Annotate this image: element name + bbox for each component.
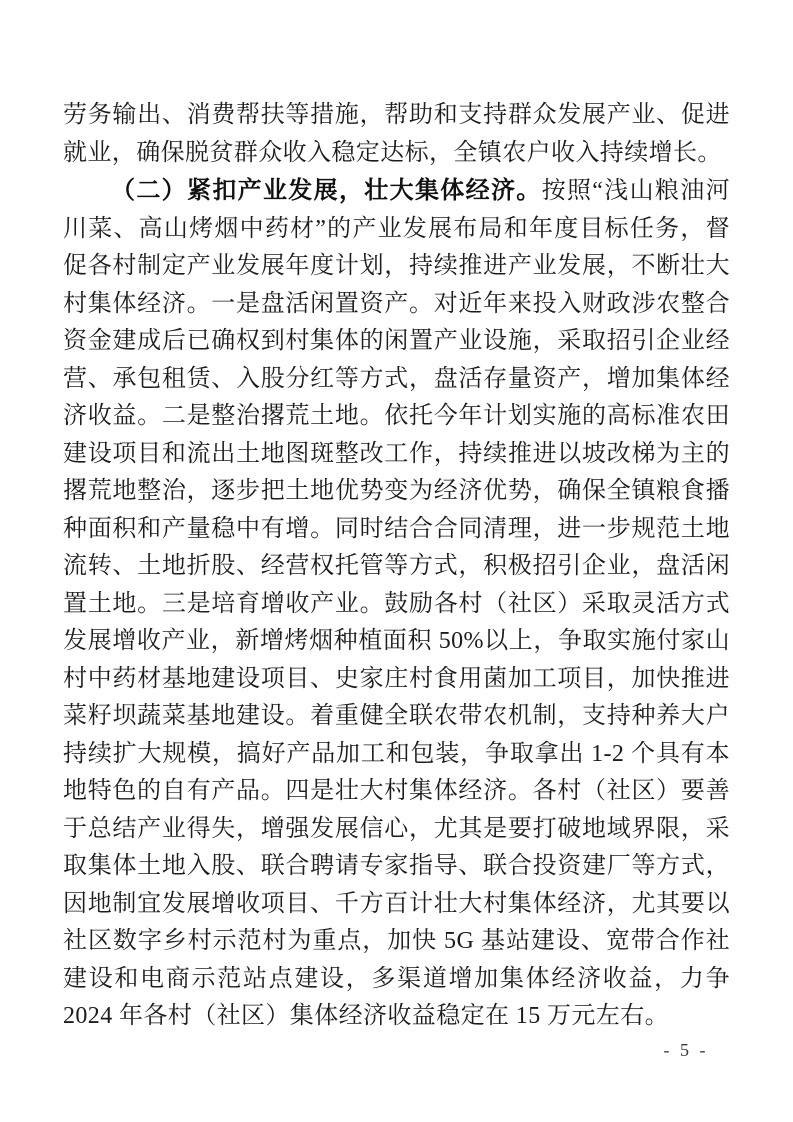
document-page: 劳务输出、消费帮扶等措施，帮助和支持群众发展产业、促进就业，确保脱贫群众收入稳定… [0, 0, 793, 1122]
section-2-body-text: 按照“浅山粮油河川菜、高山烤烟中药材”的产业发展布局和年度目标任务，督促各村制定… [63, 178, 730, 1029]
page-number: - 5 - [646, 1040, 726, 1061]
section-2-heading: （二）紧扣产业发展，壮大集体经济。 [111, 177, 542, 204]
paragraph-continuation-text: 劳务输出、消费帮扶等措施，帮助和支持群众发展产业、促进就业，确保脱贫群众收入稳定… [63, 102, 730, 166]
paragraph-continuation: 劳务输出、消费帮扶等措施，帮助和支持群众发展产业、促进就业，确保脱贫群众收入稳定… [63, 97, 730, 172]
document-body: 劳务输出、消费帮扶等措施，帮助和支持群众发展产业、促进就业，确保脱贫群众收入稳定… [63, 97, 730, 1036]
paragraph-section-2: （二）紧扣产业发展，壮大集体经济。按照“浅山粮油河川菜、高山烤烟中药材”的产业发… [63, 172, 730, 1036]
